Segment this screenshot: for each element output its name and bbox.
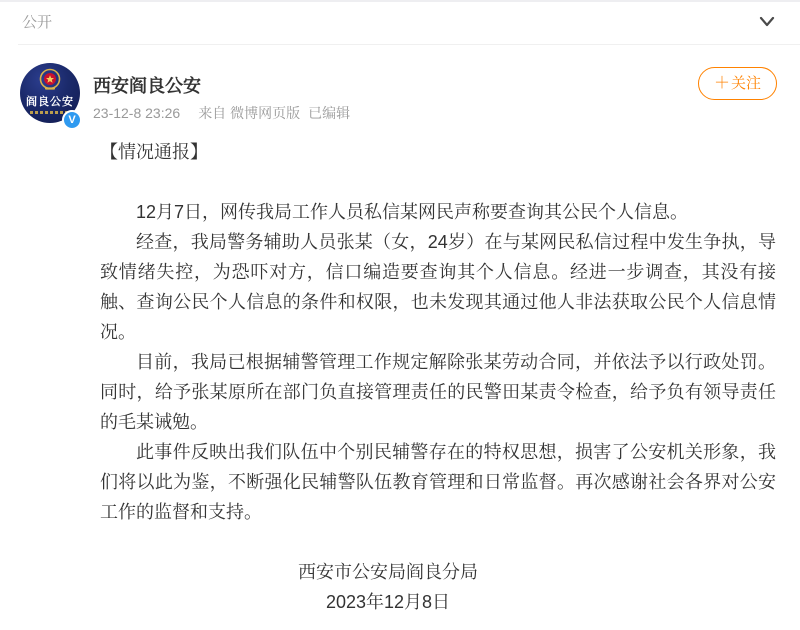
signature-block: 西安市公安局阎良分局 2023年12月8日 — [100, 557, 676, 617]
edited-label[interactable]: 已编辑 — [308, 105, 350, 121]
post-paragraph: 目前，我局已根据辅警管理工作规定解除张某劳动合同，并依法予以行政处罚。同时，给予… — [100, 347, 776, 437]
post-paragraph: 此事件反映出我们队伍中个别民辅警存在的特权思想，损害了公安机关形象，我们将以此为… — [100, 437, 776, 527]
post-paragraph: 12月7日，网传我局工作人员私信某网民声称要查询其公民个人信息。 — [100, 197, 776, 227]
top-edge-divider — [0, 0, 800, 2]
signature-org: 西安市公安局阎良分局 — [100, 557, 676, 587]
account-name[interactable]: 西安阎良公安 — [93, 75, 201, 97]
visibility-label: 公开 — [22, 14, 52, 32]
post-title: 【情况通报】 — [100, 137, 776, 167]
signature-date: 2023年12月8日 — [100, 587, 676, 617]
follow-button[interactable]: ＋ 关注 — [698, 67, 777, 100]
avatar[interactable]: 阎良公安 V — [20, 63, 80, 123]
chevron-down-icon[interactable] — [759, 16, 775, 28]
verified-badge-icon: V — [62, 110, 82, 130]
post-paragraphs: 12月7日，网传我局工作人员私信某网民声称要查询其公民个人信息。 经查，我局警务… — [100, 197, 776, 527]
plus-icon: ＋ — [714, 68, 730, 99]
post-meta: 23-12-8 23:26来自 微博网页版已编辑 — [93, 104, 350, 122]
header-divider — [18, 44, 800, 45]
post-paragraph: 经查，我局警务辅助人员张某（女，24岁）在与某网民私信过程中发生争执，导致情绪失… — [100, 227, 776, 347]
avatar-label: 阎良公安 — [26, 93, 74, 109]
weibo-post-page: 公开 阎良公安 V 西安阎良公安 23-12-8 23:26来自 微博网页版已编… — [0, 0, 800, 630]
follow-button-label: 关注 — [731, 68, 761, 99]
police-emblem-icon — [38, 68, 62, 92]
post-timestamp[interactable]: 23-12-8 23:26 — [93, 105, 180, 121]
post-source-link[interactable]: 来自 微博网页版 — [198, 105, 300, 121]
post-body: 【情况通报】 12月7日，网传我局工作人员私信某网民声称要查询其公民个人信息。 … — [100, 137, 776, 617]
